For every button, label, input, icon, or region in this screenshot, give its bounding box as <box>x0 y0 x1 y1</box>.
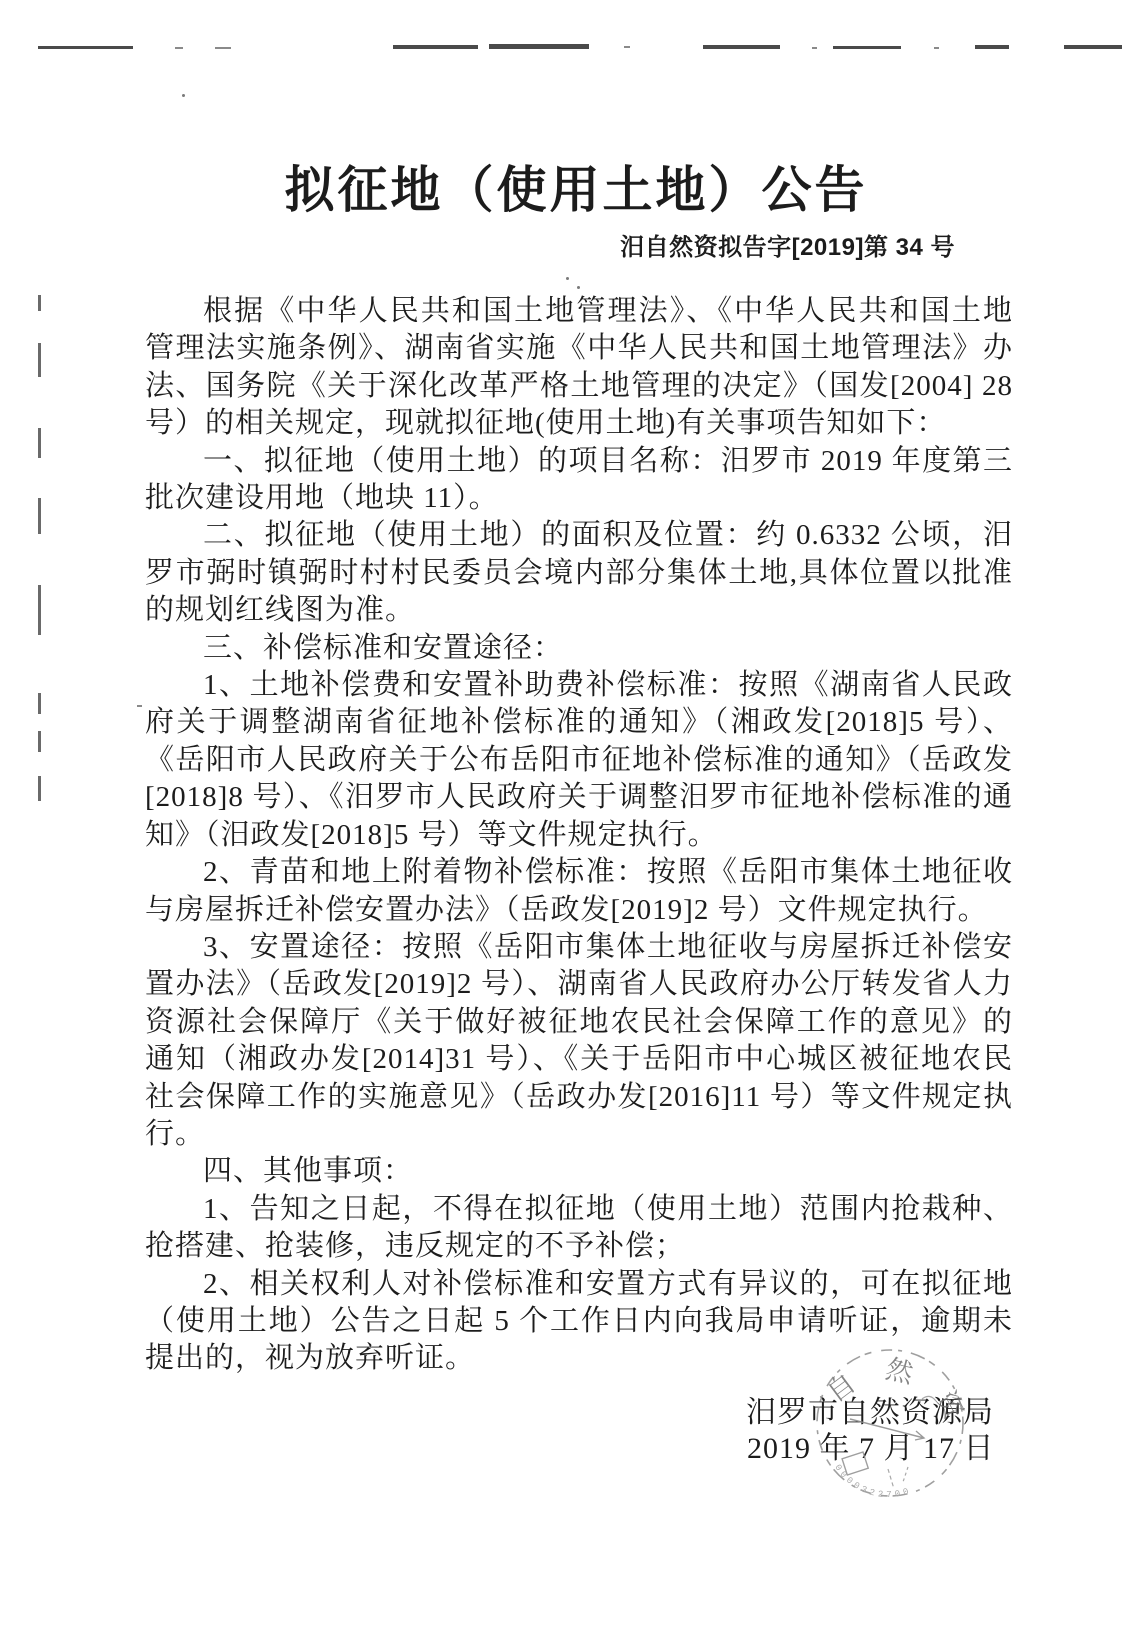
scan-artifact <box>566 277 569 280</box>
seal-serial: 0000322700 <box>829 1462 916 1504</box>
paragraph-item-3-head: 三、补偿标准和安置途径： <box>145 630 1013 667</box>
seal-stroke-icon <box>903 1467 908 1482</box>
scan-artifact <box>38 693 41 714</box>
paragraph-item-1: 一、拟征地（使用土地）的项目名称：汨罗市 2019 年度第三批次建设用地（地块 … <box>145 443 1013 518</box>
svg-text:0000322700: 0000322700 <box>829 1462 916 1504</box>
paragraph-intro: 根据《中华人民共和国土地管理法》、《中华人民共和国土地管理法实施条例》、湖南省实… <box>145 293 1013 443</box>
scanned-document-page: 拟征地（使用土地）公告 汨自然资拟告字[2019]第 34 号 根据《中华人民共… <box>0 0 1122 1632</box>
scan-artifact <box>175 47 183 49</box>
paragraph-item-3-2: 2、青苗和地上附着物补偿标准：按照《岳阳市集体土地征收与房屋拆迁补偿安置办法》（… <box>145 854 1013 929</box>
scan-artifact <box>833 46 901 49</box>
paragraph-item-4-1: 1、告知之日起，不得在拟征地（使用土地）范围内抢栽种、抢搭建、抢装修，违反规定的… <box>145 1191 1013 1266</box>
scan-artifact <box>38 428 41 458</box>
scan-artifact <box>38 731 41 752</box>
scan-artifact <box>393 45 478 49</box>
scan-artifact <box>703 45 780 49</box>
paragraph-item-4-2: 2、相关权利人对补偿标准和安置方式有异议的，可在拟征地（使用土地）公告之日起 5… <box>145 1266 1013 1378</box>
scan-artifact <box>182 94 185 97</box>
scan-artifact <box>624 46 630 48</box>
paragraph-item-3-3: 3、安置途径：按照《岳阳市集体土地征收与房屋拆迁补偿安置办法》（岳政发[2019… <box>145 929 1013 1153</box>
scan-artifact <box>975 45 1009 49</box>
scan-artifact <box>38 585 41 635</box>
scan-artifact <box>812 47 817 49</box>
scan-artifact <box>1064 45 1122 49</box>
scan-artifact <box>577 286 580 289</box>
page-title: 拟征地（使用土地）公告 <box>0 150 1122 222</box>
body-text: 根据《中华人民共和国土地管理法》、《中华人民共和国土地管理法实施条例》、湖南省实… <box>145 293 1013 1378</box>
doc-number: 汨自然资拟告字[2019]第 34 号 <box>620 227 955 262</box>
scan-artifact <box>934 47 939 49</box>
paragraph-item-3-1: 1、土地补偿费和安置补助费补偿标准：按照《湖南省人民政府关于调整湖南省征地补偿标… <box>145 667 1013 854</box>
scan-artifact <box>38 498 41 534</box>
scan-artifact <box>38 343 41 377</box>
seal-stroke-icon <box>888 1469 894 1489</box>
scan-artifact <box>137 705 142 707</box>
scan-artifact <box>38 295 41 311</box>
scan-artifact <box>38 46 133 49</box>
signature-date: 2019 年 7 月 17 日 <box>747 1423 995 1467</box>
scan-artifact <box>215 47 231 49</box>
scan-artifact <box>38 776 41 801</box>
paragraph-item-2: 二、拟征地（使用土地）的面积及位置：约 0.6332 公顷，汨罗市弼时镇弼时村村… <box>145 517 1013 629</box>
paragraph-item-4-head: 四、其他事项： <box>145 1153 1013 1190</box>
scan-artifact <box>489 44 589 49</box>
